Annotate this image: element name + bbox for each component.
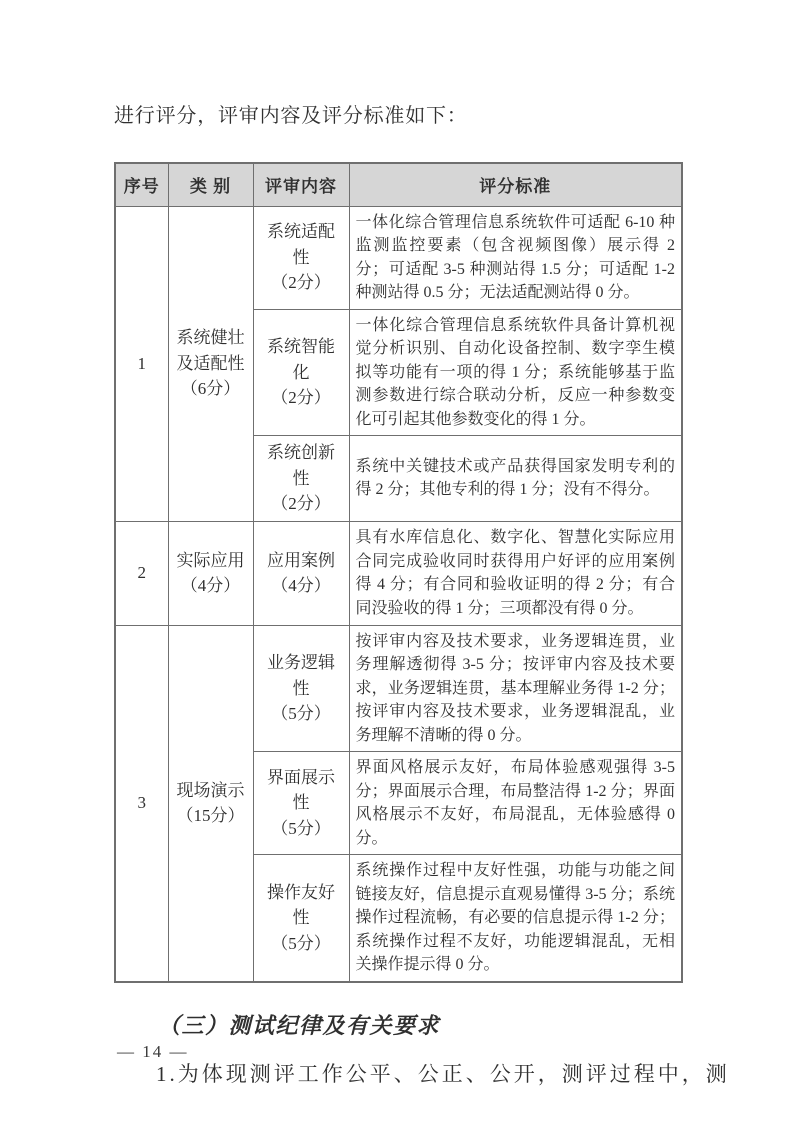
criteria-cell: 界面风格展示友好，布局体验感观强得 3-5 分；界面展示合理，布局整洁得 1-2… [349,752,682,855]
table-row: 2 实际应用 （4分） 应用案例 （4分） 具有水库信息化、数字化、智慧化实际应… [115,521,682,625]
table-row: 1 系统健壮 及适配性 （6分） 系统适配性 （2分） 一体化综合管理信息系统软… [115,206,682,309]
column-header-category: 类 别 [168,163,253,206]
review-content-cell: 系统创新性 （2分） [253,436,349,522]
review-content-cell: 操作友好性 （5分） [253,855,349,982]
category-cell: 实际应用 （4分） [168,521,253,625]
review-content-cell: 应用案例 （4分） [253,521,349,625]
serial-number-cell: 2 [115,521,168,625]
serial-number-cell: 1 [115,206,168,521]
column-header-review-content: 评审内容 [253,163,349,206]
review-content-cell: 业务逻辑性 （5分） [253,625,349,752]
document-page: 进行评分，评审内容及评分标准如下： 序号 类 别 评审内容 评分标准 1 系统健… [0,0,800,1131]
column-header-number: 序号 [115,163,168,206]
review-content-cell: 系统适配性 （2分） [253,206,349,309]
criteria-cell: 系统中关键技术或产品获得国家发明专利的得 2 分；其他专利的得 1 分；没有不得… [349,436,682,522]
page-number: — 14 — [117,1042,189,1062]
criteria-cell: 一体化综合管理信息系统软件可适配 6-10 种监测监控要素（包含视频图像）展示得… [349,206,682,309]
criteria-cell: 系统操作过程中友好性强，功能与功能之间链接友好，信息提示直观易懂得 3-5 分；… [349,855,682,982]
section-heading: （三）测试纪律及有关要求 [114,1011,700,1041]
scoring-criteria-table: 序号 类 别 评审内容 评分标准 1 系统健壮 及适配性 （6分） 系统适配性 … [114,162,683,983]
body-paragraph: 1.为体现测评工作公平、公正、公开，测评过程中，测 [114,1058,700,1090]
criteria-cell: 一体化综合管理信息系统软件具备计算机视觉分析识别、自动化设备控制、数字孪生模拟等… [349,309,682,436]
criteria-cell: 具有水库信息化、数字化、智慧化实际应用合同完成验收同时获得用户好评的应用案例得 … [349,521,682,625]
review-content-cell: 系统智能化 （2分） [253,309,349,436]
intro-paragraph: 进行评分，评审内容及评分标准如下： [114,103,700,129]
criteria-cell: 按评审内容及技术要求，业务逻辑连贯，业务理解透彻得 3-5 分；按评审内容及技术… [349,625,682,752]
table-row: 3 现场演示 （15分） 业务逻辑性 （5分） 按评审内容及技术要求，业务逻辑连… [115,625,682,752]
review-content-cell: 界面展示性 （5分） [253,752,349,855]
serial-number-cell: 3 [115,625,168,982]
category-cell: 现场演示 （15分） [168,625,253,982]
category-cell: 系统健壮 及适配性 （6分） [168,206,253,521]
table-header-row: 序号 类 别 评审内容 评分标准 [115,163,682,206]
column-header-criteria: 评分标准 [349,163,682,206]
